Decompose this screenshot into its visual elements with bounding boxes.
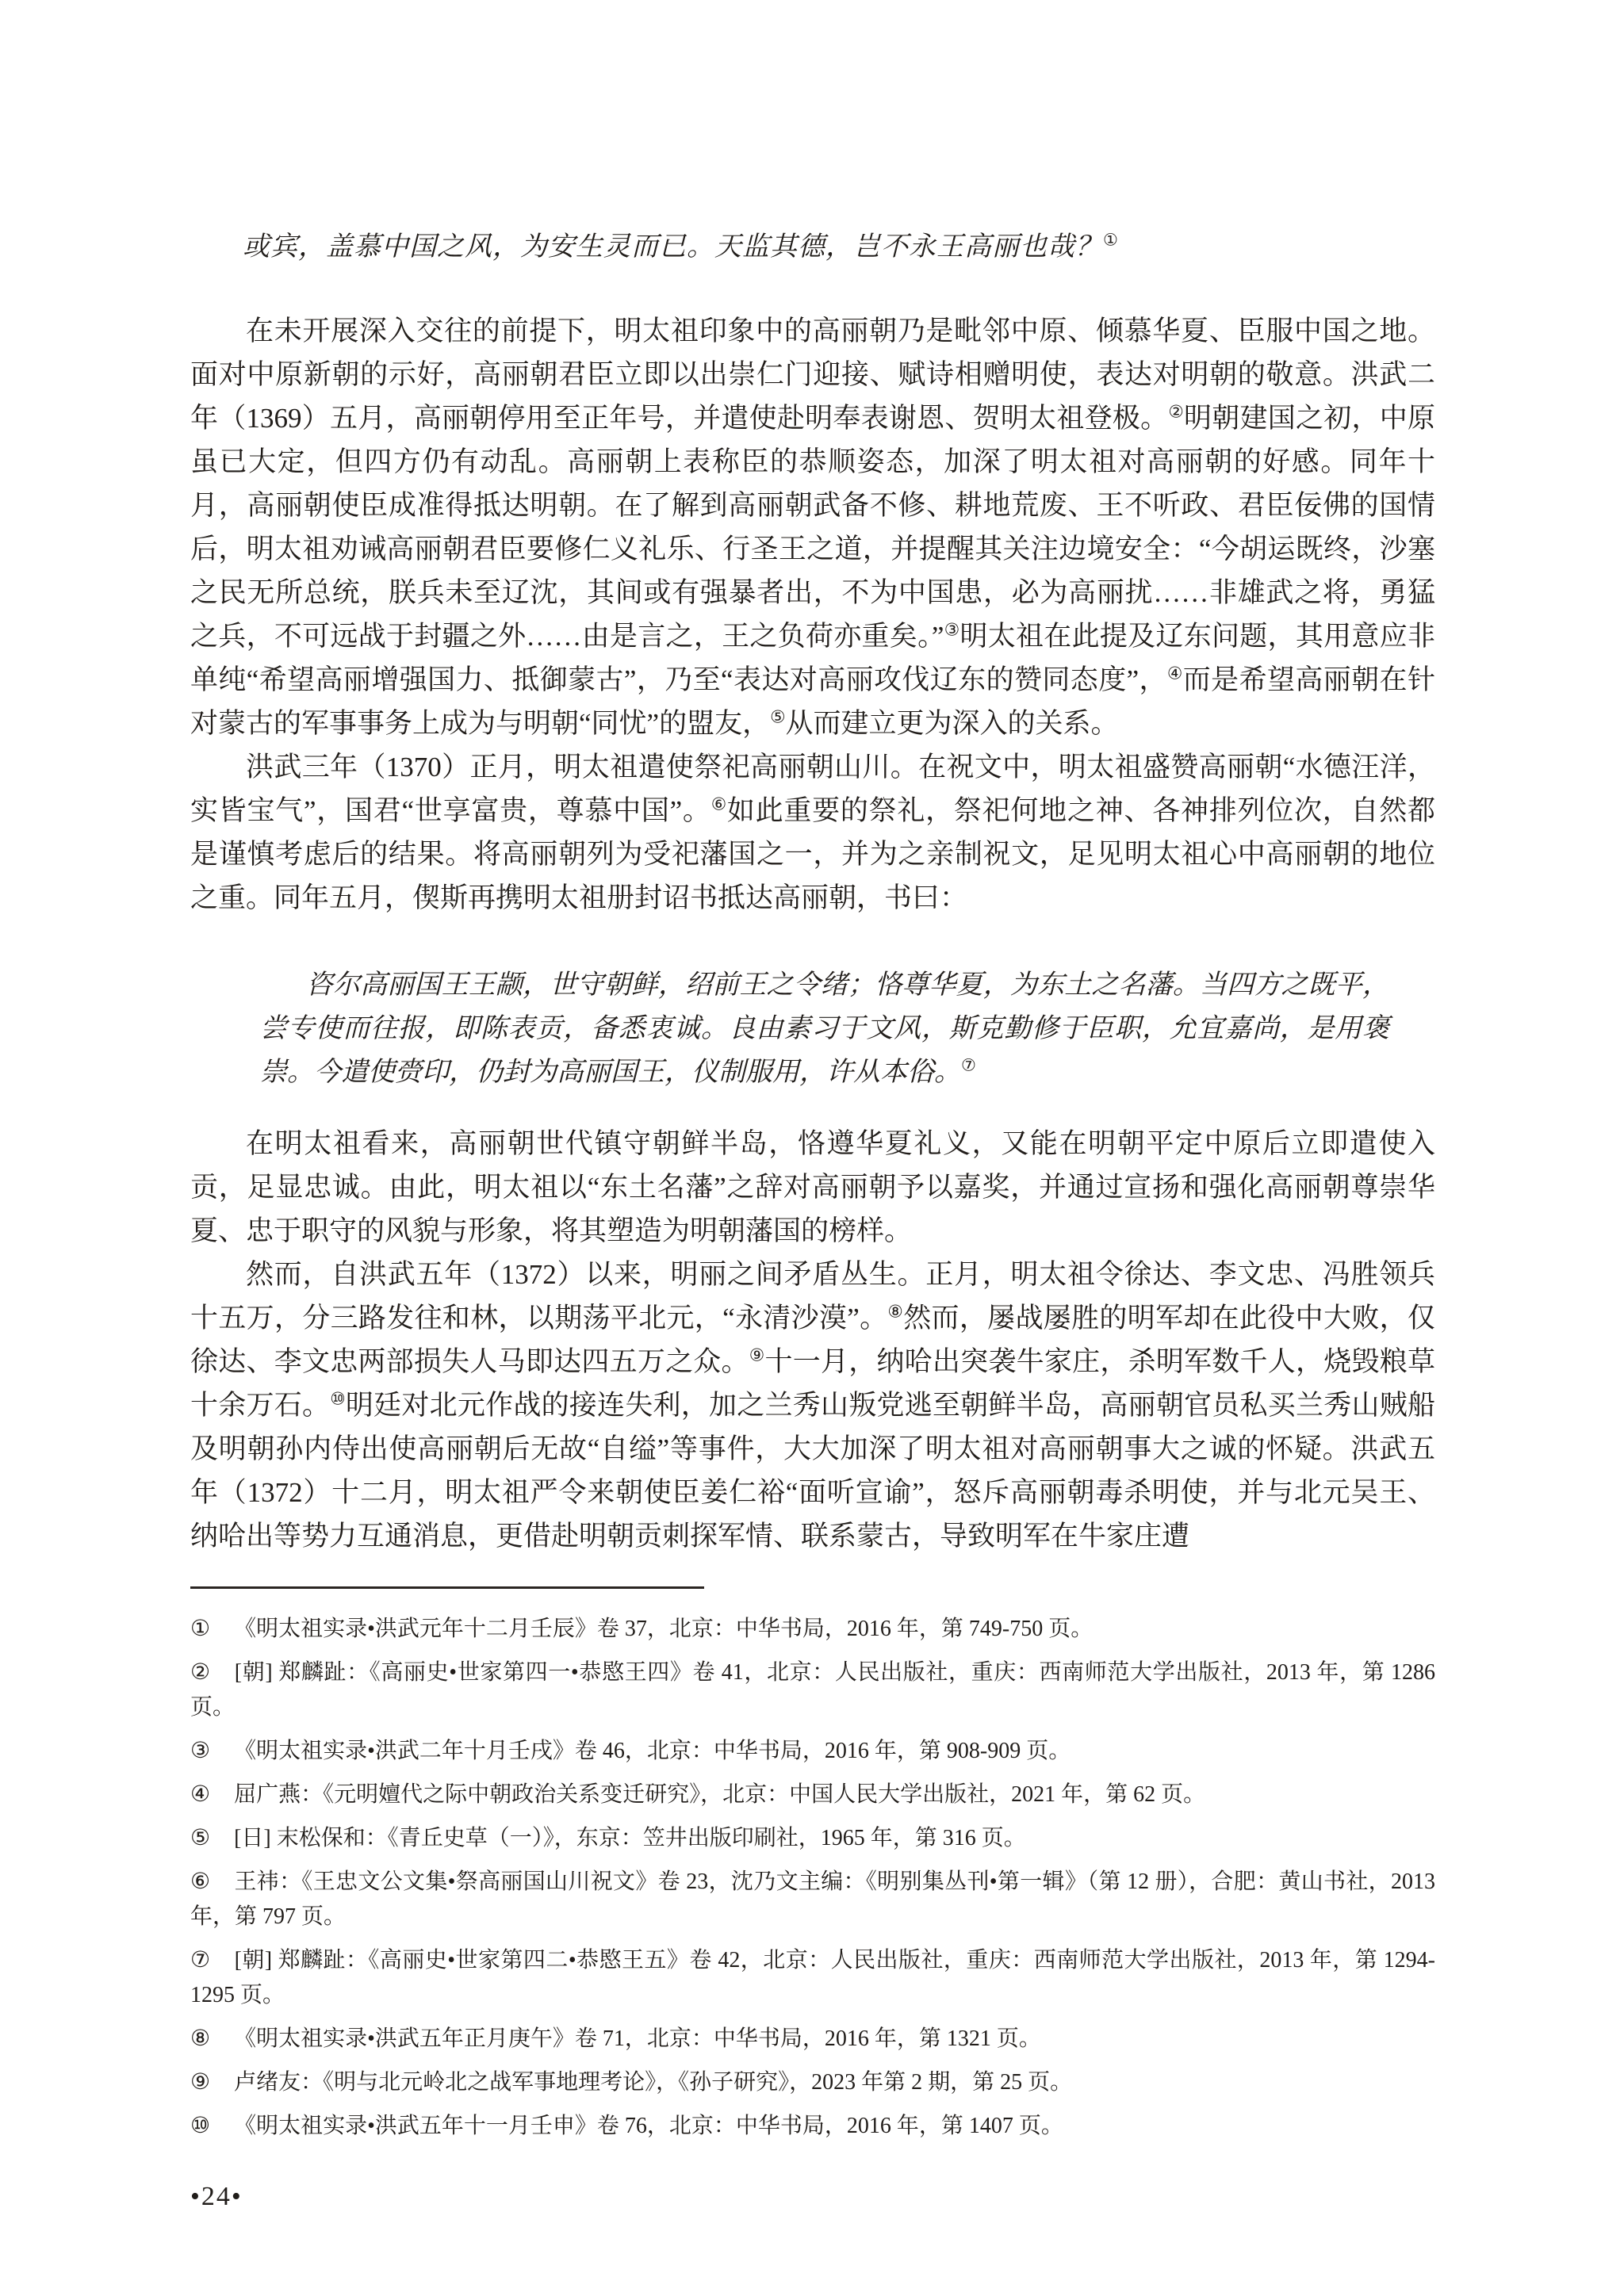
footnote-ref: ③ <box>944 620 959 640</box>
footnote-text: 王祎：《王忠文公文集•祭高丽国山川祝文》卷 23，沈乃文主编：《明别集丛刊•第一… <box>190 1869 1435 1929</box>
footnote-ref: ⑤ <box>770 707 785 727</box>
footnote-text: [朝] 郑麟趾：《高丽史•世家第四二•恭愍王五》卷 42，北京：人民出版社，重庆… <box>190 1948 1435 2007</box>
paragraph-4: 然而，自洪武五年（1372）以来，明丽之间矛盾丛生。正月，明太祖令徐达、李文忠、… <box>190 1253 1435 1558</box>
footnote-divider <box>190 1586 704 1589</box>
footnote-item: ④屈广燕：《元明嬗代之际中朝政治关系变迁研究》，北京：中国人民大学出版社，202… <box>190 1777 1435 1812</box>
footnote-text: [日] 末松保和：《青丘史草（一）》，东京：笠井出版印刷社，1965 年，第 3… <box>234 1826 1026 1850</box>
page-number: •24• <box>190 2182 243 2212</box>
footnote-marker: ② <box>190 1659 235 1685</box>
footnote-marker: ④ <box>190 1781 234 1807</box>
footnote-ref: ⑧ <box>887 1302 903 1322</box>
footnote-text: 《明太祖实录•洪武二年十月壬戌》卷 46，北京：中华书局，2016 年，第 90… <box>234 1739 1071 1763</box>
footnote-text: 《明太祖实录•洪武元年十二月壬辰》卷 37，北京：中华书局，2016 年，第 7… <box>234 1617 1093 1641</box>
text-block: 或宾，盖慕中国之风，为安生灵而已。天监其德，岂不永王高丽也哉？① 在未开展深入交… <box>190 0 1435 2152</box>
paragraph-3: 在明太祖看来，高丽朝世代镇守朝鲜半岛，恪遵华夏礼义，又能在明朝平定中原后立即遣使… <box>190 1122 1435 1253</box>
footnote-ref: ⑩ <box>330 1389 346 1409</box>
footnote-marker: ⑤ <box>190 1824 234 1850</box>
footnote-text: [朝] 郑麟趾：《高丽史•世家第四一•恭愍王四》卷 41，北京：人民出版社，重庆… <box>190 1660 1435 1720</box>
footnote-text: 屈广燕：《元明嬗代之际中朝政治关系变迁研究》，北京：中国人民大学出版社，2021… <box>234 1782 1205 1807</box>
footnote-ref: ② <box>1168 402 1184 422</box>
footnote-text: 《明太祖实录•洪武五年十一月壬申》卷 76，北京：中华书局，2016 年，第 1… <box>234 2114 1063 2138</box>
footnote-item: ⑧《明太祖实录•洪武五年正月庚午》卷 71，北京：中华书局，2016 年，第 1… <box>190 2021 1435 2057</box>
footnote-item: ⑩《明太祖实录•洪武五年十一月壬申》卷 76，北京：中华书局，2016 年，第 … <box>190 2108 1435 2144</box>
opening-quote: 或宾，盖慕中国之风，为安生灵而已。天监其德，岂不永王高丽也哉？① <box>190 230 1435 265</box>
footnote-ref: ⑥ <box>711 794 727 814</box>
footnote-text: 卢绪友：《明与北元岭北之战军事地理考论》，《孙子研究》，2023 年第 2 期，… <box>234 2070 1072 2095</box>
footnotes-section: ①《明太祖实录•洪武元年十二月壬辰》卷 37，北京：中华书局，2016 年，第 … <box>190 1611 1435 2144</box>
footnote-ref: ⑨ <box>749 1345 765 1365</box>
edict-blockquote: 咨尔高丽国王王颛，世守朝鲜，绍前王之令绪；恪尊华夏，为东土之名藩。当四方之既平，… <box>260 963 1389 1094</box>
footnote-marker: ① <box>190 1615 234 1641</box>
footnote-item: ③《明太祖实录•洪武二年十月壬戌》卷 46，北京：中华书局，2016 年，第 9… <box>190 1733 1435 1769</box>
paragraph-1: 在未开展深入交往的前提下，明太祖印象中的高丽朝乃是毗邻中原、倾慕华夏、臣服中国之… <box>190 309 1435 745</box>
footnote-ref: ④ <box>1167 664 1183 683</box>
footnote-marker: ⑩ <box>190 2112 234 2138</box>
footnote-marker: ⑧ <box>190 2025 234 2051</box>
footnote-marker: ⑨ <box>190 2068 234 2095</box>
paragraph-2: 洪武三年（1370）正月，明太祖遣使祭祀高丽朝山川。在祝文中，明太祖盛赞高丽朝“… <box>190 745 1435 920</box>
footnote-ref: ① <box>1103 230 1119 250</box>
footnote-item: ⑨卢绪友：《明与北元岭北之战军事地理考论》，《孙子研究》，2023 年第 2 期… <box>190 2064 1435 2100</box>
footnote-item: ①《明太祖实录•洪武元年十二月壬辰》卷 37，北京：中华书局，2016 年，第 … <box>190 1611 1435 1647</box>
footnote-item: ⑥王祎：《王忠文公文集•祭高丽国山川祝文》卷 23，沈乃文主编：《明别集丛刊•第… <box>190 1864 1435 1934</box>
footnote-marker: ③ <box>190 1737 234 1763</box>
footnote-marker: ⑦ <box>190 1946 235 1973</box>
footnote-text: 《明太祖实录•洪武五年正月庚午》卷 71，北京：中华书局，2016 年，第 13… <box>234 2026 1041 2051</box>
document-page: 或宾，盖慕中国之风，为安生灵而已。天监其德，岂不永王高丽也哉？① 在未开展深入交… <box>0 0 1624 2296</box>
footnote-item: ⑤[日] 末松保和：《青丘史草（一）》，东京：笠井出版印刷社，1965 年，第 … <box>190 1820 1435 1856</box>
footnote-item: ⑦[朝] 郑麟趾：《高丽史•世家第四二•恭愍王五》卷 42，北京：人民出版社，重… <box>190 1942 1435 2013</box>
footnote-item: ②[朝] 郑麟趾：《高丽史•世家第四一•恭愍王四》卷 41，北京：人民出版社，重… <box>190 1655 1435 1725</box>
footnote-ref: ⑦ <box>961 1055 976 1075</box>
footnote-marker: ⑥ <box>190 1868 234 1894</box>
